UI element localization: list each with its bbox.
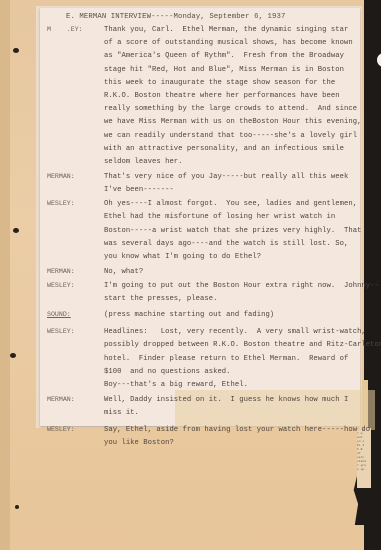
dialogue-line: we can readily understand that too-----s… <box>104 132 357 140</box>
dialogue-line: hotel. Finder please return to Ethel Mer… <box>104 355 348 363</box>
dialogue-line: Ethel had the misfortune of losing her w… <box>104 213 335 221</box>
speaker-label: M .EY: <box>47 26 83 33</box>
dialogue-line: as "America's Queen of Rythm". Fresh fro… <box>104 52 344 60</box>
speaker-label: SOUND: <box>47 311 71 318</box>
punch-hole <box>10 353 16 358</box>
dialogue-line: I'm going to put out the Boston Hour ext… <box>104 282 379 290</box>
dialogue-line: stage hit "Red, Hot and Blue", Miss Merm… <box>104 66 344 74</box>
dialogue-line: R.K.O. Boston theatre where her performa… <box>104 92 340 100</box>
page-title: E. MERMAN INTERVIEW-----Monday, Septembe… <box>66 13 285 21</box>
punch-hole <box>13 228 19 233</box>
punch-hole <box>15 505 19 509</box>
dialogue-line: Boy---that's a big reward, Ethel. <box>104 381 248 389</box>
speaker-label: MERMAN: <box>47 396 75 403</box>
paper-notch <box>377 53 381 67</box>
speaker-label: WESLEY: <box>47 426 75 433</box>
dialogue-line: No, what? <box>104 268 143 276</box>
dialogue-line: you know what I'm going to do Ethel? <box>104 253 261 261</box>
dialogue-line: start the presses, please. <box>104 295 217 303</box>
dialogue-line: Boston-----a wrist watch that she prizes… <box>104 227 361 235</box>
dialogue-line: seldom leaves her. <box>104 158 183 166</box>
dialogue-line: Well, Daddy insisted on it. I guess he k… <box>104 396 348 404</box>
punch-hole <box>13 48 19 53</box>
dialogue-line: we have Miss Merman with us on theBoston… <box>104 118 361 126</box>
dialogue-line: this week to inaugurate the stage show s… <box>104 79 335 87</box>
speaker-label: WESLEY: <box>47 282 75 289</box>
newspaper-clipping: l. a r w ant en s PL I I B of earn stand… <box>357 428 371 488</box>
dialogue-line: (press machine starting out and fading) <box>104 311 274 319</box>
dialogue-line: possibly dropped between R.K.O. Boston t… <box>104 341 381 349</box>
speaker-label: MERMAN: <box>47 173 75 180</box>
dialogue-line: with an attractive personality, and an i… <box>104 145 344 153</box>
dialogue-line: of a score of outstanding musical shows,… <box>104 39 353 47</box>
dialogue-line: really something by the large crowds to … <box>104 105 357 113</box>
dialogue-line: That's very nice of you Jay-----but real… <box>104 173 348 181</box>
backing-page-edge <box>0 0 10 550</box>
dialogue-line: Thank you, Carl. Ethel Merman, the dynam… <box>104 26 348 34</box>
dialogue-line: you like Boston? <box>104 439 174 447</box>
dialogue-line: Oh yes----I almost forgot. You see, ladi… <box>104 200 357 208</box>
dialogue-line: Headlines: Lost, very recently. A very s… <box>104 328 366 336</box>
speaker-label: MERMAN: <box>47 268 75 275</box>
dialogue-line: $100 and no questions asked. <box>104 368 231 376</box>
dialogue-line: was several days ago----and the watch is… <box>104 240 348 248</box>
dialogue-line: Say, Ethel, aside from having lost your … <box>104 426 370 434</box>
dialogue-line: miss it. <box>104 409 139 417</box>
speaker-label: WESLEY: <box>47 328 75 335</box>
speaker-label: WESLEY: <box>47 200 75 207</box>
dialogue-line: I've been------- <box>104 186 174 194</box>
